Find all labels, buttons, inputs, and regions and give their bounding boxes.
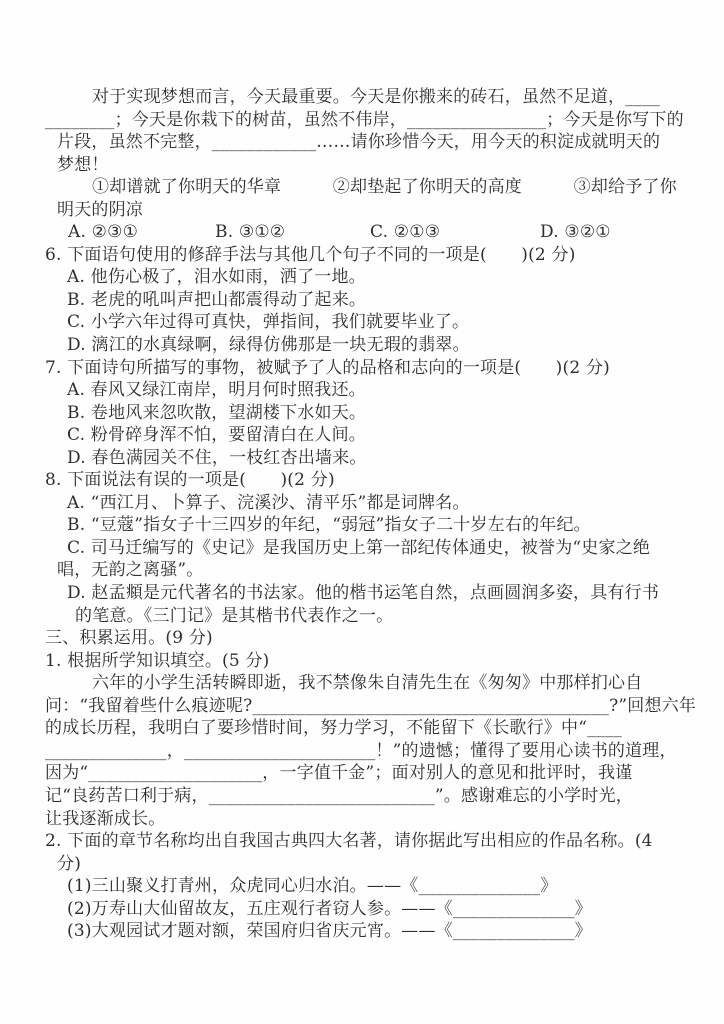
item2-entry-3: (3)大观园试才题对额，荣国府归省庆元宵。——《______________》 xyxy=(45,920,690,943)
q8-option-b: B. “豆蔻”指女子十三四岁的年纪，“弱冠”指女子二十岁左右的年纪。 xyxy=(45,514,690,537)
item1-line-5: 因为“____________________，一字值千金”；面对别人的意见和批… xyxy=(45,762,690,785)
item2-title-line-1: 2. 下面的章节名称均出自我国古典四大名著，请你据此写出相应的作品名称。(4 xyxy=(45,830,690,853)
q5-paragraph-line-3: 片段，虽然不完整，____________……请你珍惜今天，用今天的积淀成就明天… xyxy=(45,131,690,154)
q8-option-d-line-1: D. 赵孟頫是元代著名的书法家。他的楷书运笔自然，点画圆润多姿，具有行书 xyxy=(45,582,690,605)
exam-paper-page: 对于实现梦想而言，今天最重要。今天是你搬来的砖石，虽然不足道，____ ____… xyxy=(0,0,724,1024)
item1-line-2: 问：“我留着些什么痕迹呢?___________________________… xyxy=(45,695,690,718)
q5-paragraph-line-2: ________；今天是你栽下的树苗，虽然不伟岸，_______________… xyxy=(45,109,690,132)
q7-option-d: D. 春色满园关不住，一枝红杏出墙来。 xyxy=(45,447,690,470)
q5-choice-d: D. ③②① xyxy=(540,221,611,244)
item1-line-1: 六年的小学生活转瞬即逝，我不禁像朱自清先生在《匆匆》中那样扪心自 xyxy=(45,672,690,695)
q5-paragraph-line-1: 对于实现梦想而言，今天最重要。今天是你搬来的砖石，虽然不足道，____ xyxy=(45,86,690,109)
q6-option-b: B. 老虎的吼叫声把山都震得动了起来。 xyxy=(45,289,690,312)
q8-option-a: A. “西江月、卜算子、浣溪沙、清平乐”都是词牌名。 xyxy=(45,492,690,515)
q6-option-c: C. 小学六年过得可真快，弹指间，我们就要毕业了。 xyxy=(45,311,690,334)
q8-option-c-line-1: C. 司马迁编写的《史记》是我国历史上第一部纪传体通史，被誉为“史家之绝 xyxy=(45,537,690,560)
q5-choices-row: A. ②③① B. ③①② C. ②①③ D. ③②① xyxy=(45,221,690,244)
q6-option-d: D. 漓江的水真绿啊，绿得仿佛那是一块无瑕的翡翠。 xyxy=(45,334,690,357)
q8-option-c-line-2: 唱，无韵之离骚”。 xyxy=(45,559,690,582)
q8-option-d-line-2: 的笔意。《三门记》是其楷书代表作之一。 xyxy=(45,605,690,628)
q7-option-c: C. 粉骨碎身浑不怕，要留清白在人间。 xyxy=(45,424,690,447)
q5-choice-b: B. ③①② xyxy=(215,221,285,244)
q5-choice-a: A. ②③① xyxy=(68,221,138,244)
q6-stem: 6. 下面语句使用的修辞手法与其他几个句子不同的一项是( )(2 分) xyxy=(45,244,690,267)
q7-stem: 7. 下面诗句所描写的事物，被赋予了人的品格和志向的一项是( )(2 分) xyxy=(45,357,690,380)
q5-choice-c: C. ②①③ xyxy=(370,221,440,244)
item1-line-6: 记“良药苦口利于病，__________________________”。感谢… xyxy=(45,785,690,808)
q5-paragraph-line-4: 梦想！ xyxy=(45,154,690,177)
q5-numbered-phrases-line-1: ①却谱就了你明天的华章 ②却垫起了你明天的高度 ③却给予了你 xyxy=(45,176,690,199)
q8-stem: 8. 下面说法有误的一项是( )(2 分) xyxy=(45,469,690,492)
item2-title-line-2: 分) xyxy=(45,853,690,876)
section3-heading: 三、积累运用。(9 分) xyxy=(45,627,690,650)
q7-option-b: B. 卷地风来忽吹散，望湖楼下水如天。 xyxy=(45,402,690,425)
q7-option-a: A. 春风又绿江南岸，明月何时照我还。 xyxy=(45,379,690,402)
item1-title: 1. 根据所学知识填空。(5 分) xyxy=(45,650,690,673)
exam-content: 对于实现梦想而言，今天最重要。今天是你搬来的砖石，虽然不足道，____ ____… xyxy=(45,86,690,943)
q6-option-a: A. 他伤心极了，泪水如雨，洒了一地。 xyxy=(45,266,690,289)
item1-line-4: ______________，______________________！”的… xyxy=(45,740,690,763)
item1-line-7: 让我逐渐成长。 xyxy=(45,808,690,831)
item2-entry-1: (1)三山聚义打青州，众虎同心归水泊。——《______________》 xyxy=(45,875,690,898)
item1-line-3: 的成长历程，我明白了要珍惜时间，努力学习，不能留下《长歌行》中“____ xyxy=(45,717,690,740)
q5-numbered-phrases-line-2: 明天的阴凉 xyxy=(45,199,690,222)
item2-entry-2: (2)万寿山大仙留故友，五庄观行者窃人参。——《______________》 xyxy=(45,898,690,921)
